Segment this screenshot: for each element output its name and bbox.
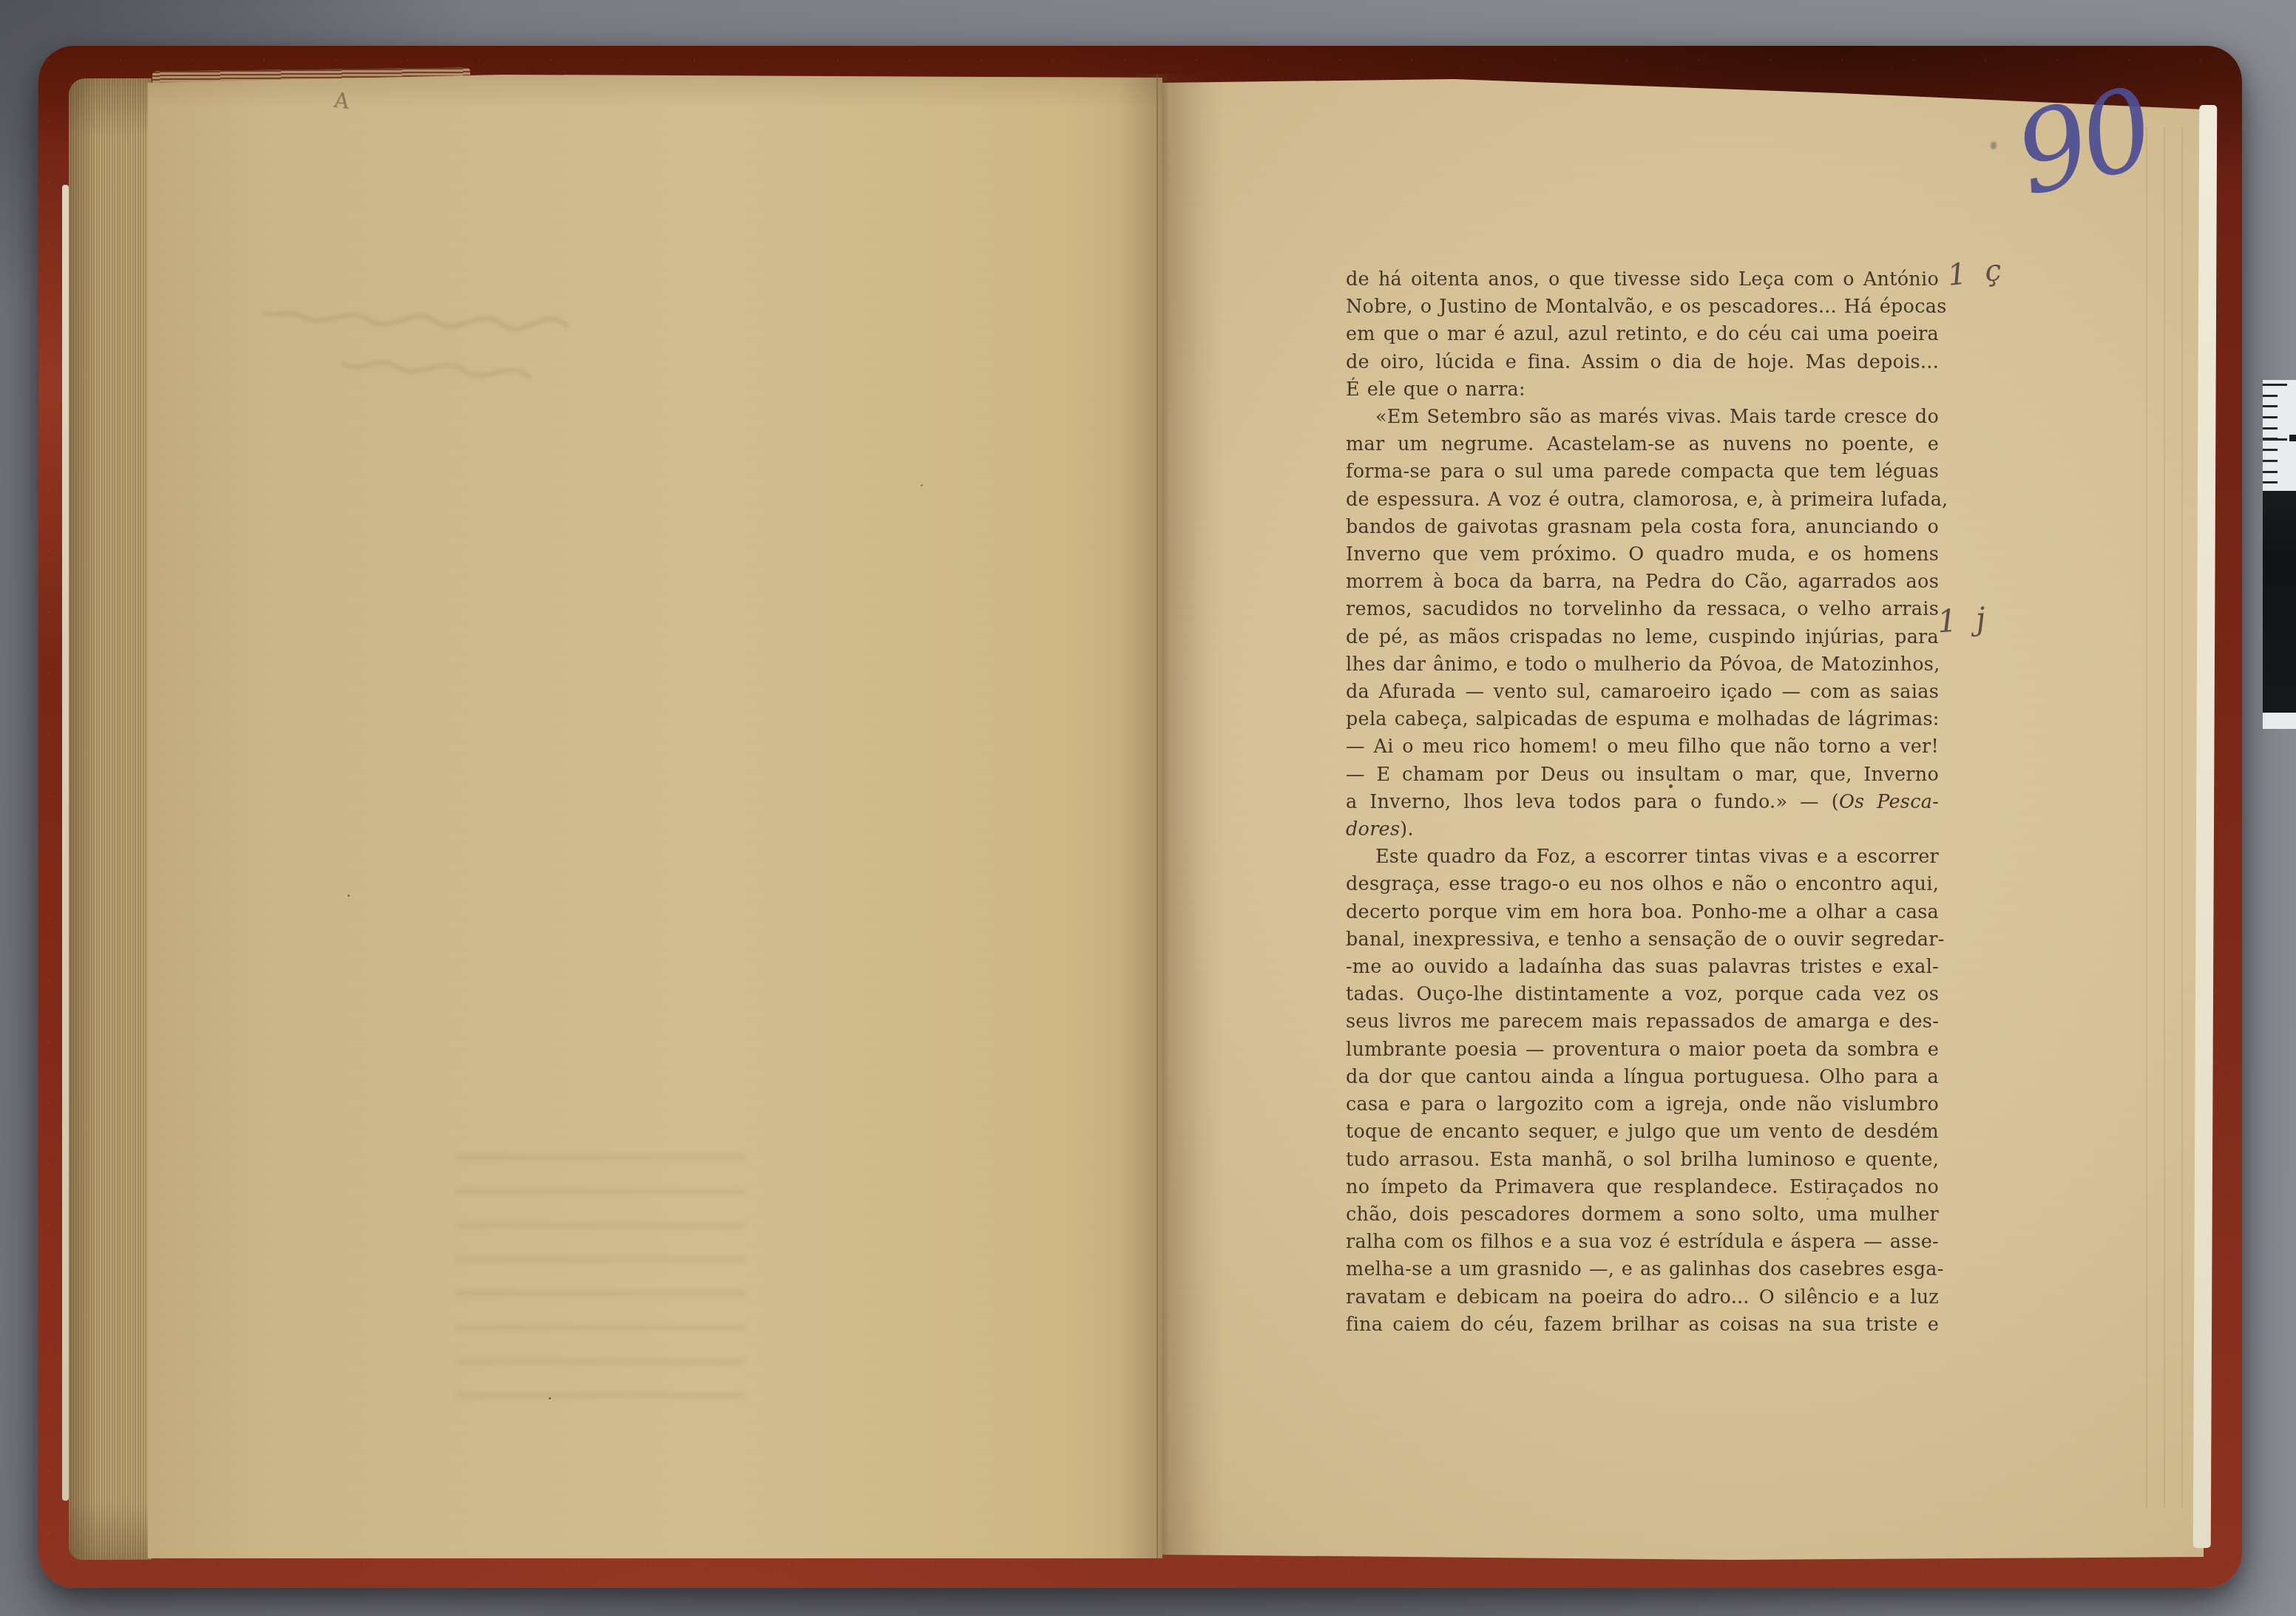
text-line: morrem à boca da barra, na Pedra do Cão,… <box>1346 568 1939 596</box>
text-line: lhes dar ânimo, e todo o mulherio da Póv… <box>1346 651 1939 679</box>
text-line: ravatam e debicam na poeira do adro... O… <box>1346 1284 1939 1311</box>
text-line: no ímpeto da Primavera que resplandece. … <box>1346 1174 1939 1201</box>
text-line: bandos de gaivotas grasnam pela costa fo… <box>1346 514 1939 541</box>
ruler-marking <box>2289 435 2296 441</box>
text-line: tudo arrasou. Esta manhã, o sol brilha l… <box>1346 1147 1939 1174</box>
text-line: casa e para o largozito com a igreja, on… <box>1346 1091 1939 1118</box>
text-line: de espessura. A voz é outra, clamorosa, … <box>1346 486 1939 514</box>
text-line: de há oitenta anos, o que tivesse sido L… <box>1346 266 1939 293</box>
text-line: fina caiem do céu, fazem brilhar as cois… <box>1346 1311 1939 1339</box>
text-line: Inverno que vem próximo. O quadro muda, … <box>1346 541 1939 568</box>
text-line: — Ai o meu rico homem! o meu filho que n… <box>1346 733 1939 761</box>
body-text: de há oitenta anos, o que tivesse sido L… <box>1346 266 1939 1339</box>
handwritten-page-number: 90 <box>2005 73 2159 212</box>
text-line: banal, inexpressiva, e tenho a sensação … <box>1346 926 1939 954</box>
ruler-white-section <box>2263 713 2296 729</box>
text-line: decerto porque vim em hora boa. Ponho-me… <box>1346 899 1939 926</box>
text-line: melha-se a um grasnido —, e as galinhas … <box>1346 1256 1939 1283</box>
pencil-margin-mark-top: 1 ç <box>1946 253 2008 293</box>
text-line: -me ao ouvido a ladaínha das suas palavr… <box>1346 954 1939 981</box>
text-line: seus livros me parecem mais repassados d… <box>1346 1008 1939 1036</box>
scale-ruler <box>2263 380 2296 729</box>
text-line: tadas. Ouço-lhe distintamente a voz, por… <box>1346 981 1939 1008</box>
text-line: de oiro, lúcida e fina. Assim o dia de h… <box>1346 349 1939 376</box>
text-line: de pé, as mãos crispadas no leme, cuspin… <box>1346 624 1939 651</box>
text-line: pela cabeça, salpicadas de espuma e molh… <box>1346 706 1939 733</box>
text-line: em que o mar é azul, azul retinto, e do … <box>1346 321 1939 348</box>
text-line: chão, dois pescadores dormem a sono solt… <box>1346 1201 1939 1229</box>
text-line: toque de encanto sequer, e julgo que um … <box>1346 1118 1939 1146</box>
text-line: remos, sacudidos no torvelinho da ressac… <box>1346 596 1939 623</box>
foxing-specks <box>0 0 2 2</box>
text-line: ralha com os filhos e a sua voz é estríd… <box>1346 1229 1939 1256</box>
handwriting-bleedthrough <box>259 287 577 398</box>
page-fore-edge-stack <box>69 78 152 1560</box>
text-line: da Afurada — vento sul, camaroeiro içado… <box>1346 679 1939 706</box>
text-line: Este quadro da Foz, a escorrer tintas vi… <box>1346 843 1939 871</box>
photo-background: A de há oitenta anos, o que tivesse sido… <box>0 0 2296 1616</box>
text-line: forma-se para o sul uma parede compacta … <box>1346 458 1939 486</box>
text-line: «Em Setembro são as marés vivas. Mais ta… <box>1346 404 1939 431</box>
text-bleedthrough <box>456 1155 745 1403</box>
text-line: mar um negrume. Acastelam-se as nuvens n… <box>1346 431 1939 458</box>
pencil-margin-mark-middle: 1 j <box>1936 600 1991 640</box>
left-page-corner-ink-mark: A <box>333 88 351 114</box>
text-line: dores). <box>1346 816 1939 843</box>
endpaper-sliver <box>62 185 69 1501</box>
ruler-black-section <box>2263 491 2296 713</box>
text-line: — E chamam por Deus ou insultam o mar, q… <box>1346 761 1939 789</box>
text-line: É ele que o narra: <box>1346 376 1939 404</box>
text-line: lumbrante poesia — proventura o maior po… <box>1346 1036 1939 1064</box>
text-line: a Inverno, lhos leva todos para o fundo.… <box>1346 789 1939 816</box>
text-line: desgraça, esse trago-o eu nos olhos e nã… <box>1346 871 1939 898</box>
text-line: Nobre, o Justino de Montalvão, e os pesc… <box>1346 293 1939 321</box>
text-line: da dor que cantou ainda a língua portugu… <box>1346 1064 1939 1091</box>
